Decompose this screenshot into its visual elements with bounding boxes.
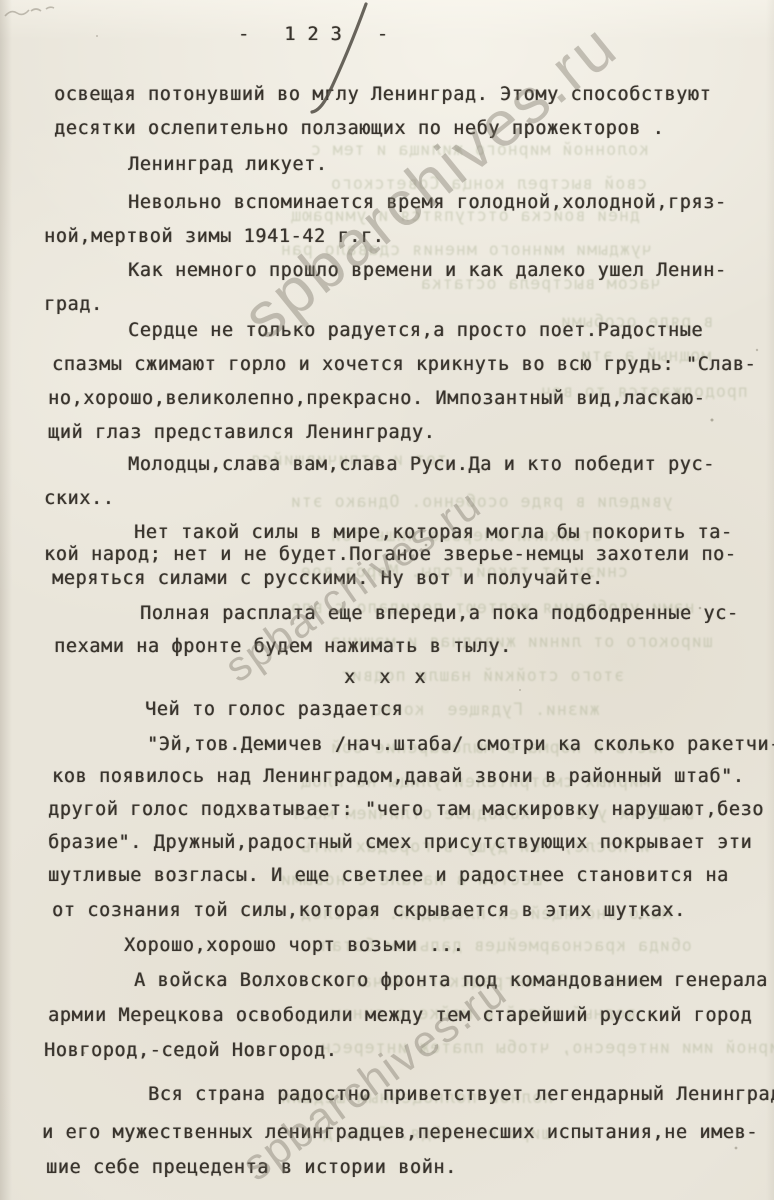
typewritten-line: шутливые возгласы. И еще светлее и радос… (48, 863, 729, 889)
typewritten-line: Полная расплата еще впереди,а пока подбо… (140, 601, 739, 627)
typewritten-line: другой голос подхватывает: "чего там мас… (48, 797, 764, 823)
typewritten-line: Ленинград ликует. (128, 152, 328, 178)
typewritten-line: но,хорошо,великолепно,прекрасно. Импозан… (48, 386, 705, 412)
typewritten-line: Сердце не только радуется,а просто поет.… (128, 318, 703, 344)
typewritten-line: Как немного прошло времени и как далеко … (128, 258, 727, 284)
page-number: - 123 - (238, 22, 400, 48)
typewritten-line: Вся страна радостно приветствует легенда… (148, 1082, 774, 1108)
typewritten-line: ских.. (44, 486, 114, 512)
section-separator: х х х (344, 665, 426, 691)
typewritten-line: А войска Волховского фронта под командов… (134, 968, 768, 994)
typewritten-line: бразие". Дружный,радостный смех присутст… (48, 830, 752, 856)
typewritten-line: Чей то голос раздается (145, 697, 403, 723)
typewritten-line: и его мужественных ленинградцев,перенесш… (42, 1120, 758, 1146)
typewritten-line: шие себе прецедента в истории войн. (46, 1155, 457, 1181)
typewritten-line: Хорошо,хорошо чорт возьми ... (124, 933, 464, 959)
typewritten-line: армии Мерецкова освободили между тем ста… (48, 1003, 752, 1029)
typewritten-line: от сознания той силы,которая скрывается … (52, 898, 686, 924)
typewritten-line: кой народ; нет и не будет.Поганое зверье… (44, 542, 737, 568)
typewritten-line: пехами на фронте будем нажимать в тылу. (54, 634, 512, 660)
typewritten-text-layer: - 123 -освещая потонувший во мглу Ленинг… (0, 0, 774, 1200)
typewritten-line: град. (44, 292, 103, 318)
typewritten-line: десятки ослепительно ползающих по небу п… (54, 116, 664, 142)
typewritten-line: щий глаз представился Ленинграду. (48, 420, 435, 446)
document-page: колонной мирного жилища и тем ссвой выст… (0, 0, 774, 1200)
typewritten-line: "Эй,тов.Демичев /нач.штаба/ смотри ка ск… (147, 732, 774, 758)
typewritten-line: меряться силами с русскими. Ну вот и пол… (52, 566, 604, 592)
typewritten-line: спазмы сжимают горло и хочется крикнуть … (52, 352, 756, 378)
typewritten-line: ной,мертвой зимы 1941-42 г.г. (44, 224, 384, 250)
typewritten-line: Новгород,-седой Новгород. (44, 1038, 337, 1064)
typewritten-line: ков появилось над Ленинградом,давай звон… (52, 764, 745, 790)
typewritten-line: Молодцы,слава вам,слава Руси.Да и кто по… (128, 452, 715, 478)
typewritten-line: освещая потонувший во мглу Ленинград. Эт… (54, 82, 711, 108)
typewritten-line: Невольно вспоминается время голодной,хол… (128, 190, 727, 216)
